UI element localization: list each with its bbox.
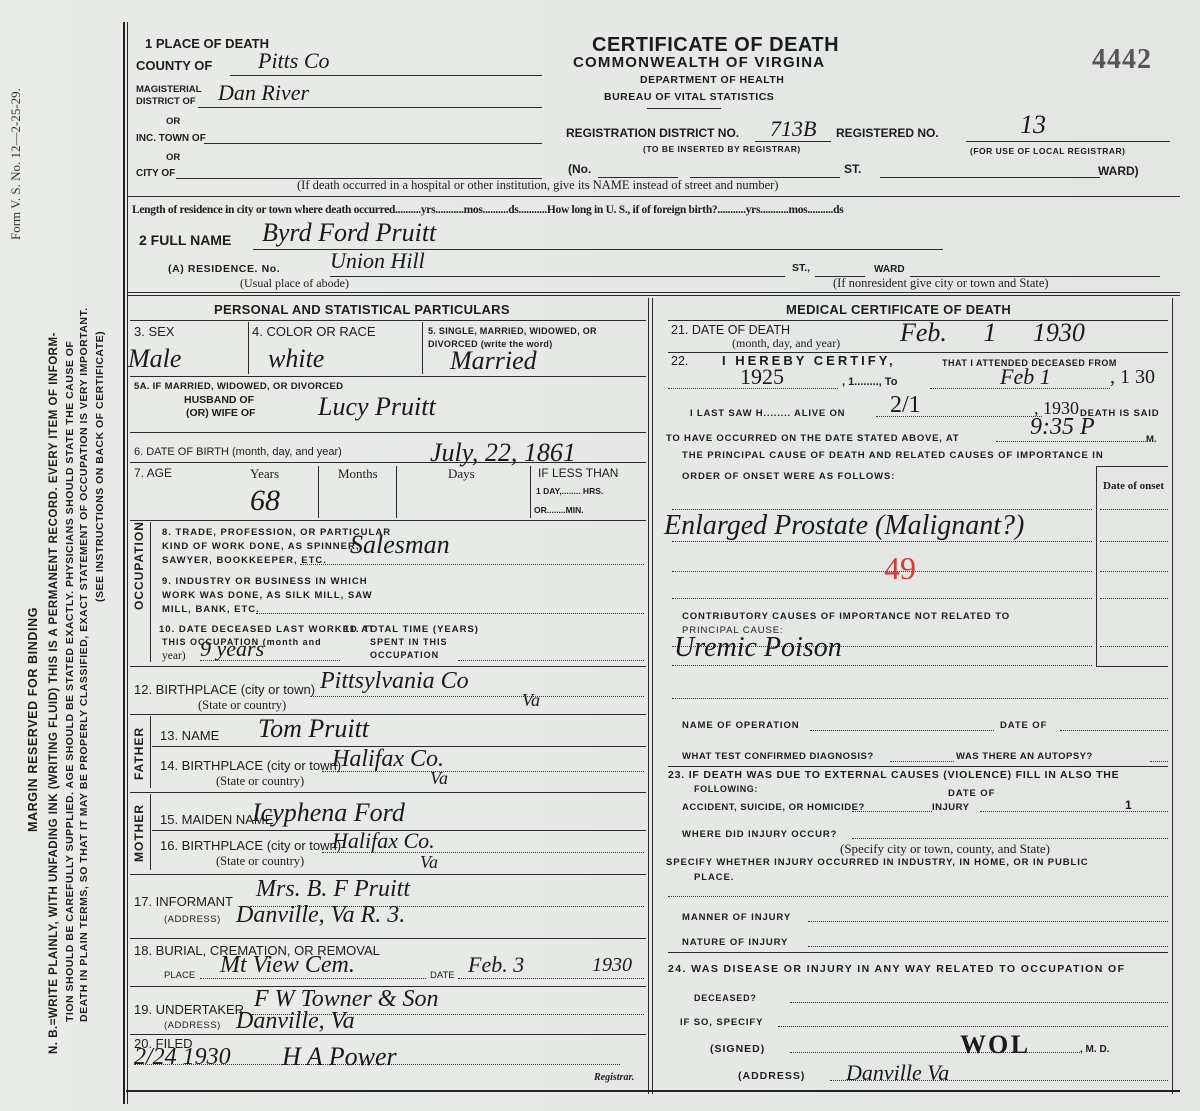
nonresident-note: (If nonresident give city or town and St… — [833, 276, 1049, 291]
informant-address-label: (ADDRESS) — [164, 914, 221, 925]
hospital-note: (If death occurred in a hospital or othe… — [297, 178, 778, 193]
onset-line — [1100, 571, 1168, 572]
registered-label: REGISTERED NO. — [836, 126, 939, 140]
contributory-label-1: CONTRIBUTORY CAUSES OF IMPORTANCE NOT RE… — [682, 611, 1010, 622]
operation-line — [810, 730, 994, 731]
burial-date-value[interactable]: Feb. 3 — [468, 952, 524, 978]
rule — [130, 714, 646, 715]
father-birthplace-state-label: (State or country) — [216, 774, 304, 789]
birthplace-value[interactable]: Pittsylvania Co — [320, 668, 469, 695]
last-worked-value[interactable]: 9 years — [200, 636, 264, 662]
burial-place-value[interactable]: Mt View Cem. — [220, 952, 355, 979]
or-label: OR — [166, 152, 180, 163]
burial-year-value[interactable]: 1930 — [592, 954, 632, 977]
dob-label: 6. DATE OF BIRTH (month, day, and year) — [134, 446, 342, 458]
trade-line — [300, 564, 644, 565]
less-than-label-3: OR........MIN. — [534, 505, 584, 515]
burial-place-label: PLACE — [164, 970, 195, 981]
rule — [668, 952, 1168, 953]
father-birthplace-label: 14. BIRTHPLACE (city or town) — [160, 758, 341, 773]
external-label-2: FOLLOWING: — [694, 784, 758, 794]
registered-value[interactable]: 13 — [1020, 110, 1046, 140]
where-injury-note: (Specify city or town, county, and State… — [840, 841, 1050, 857]
mother-name-value[interactable]: Icyphena Ford — [252, 798, 405, 828]
ward-label: WARD) — [1098, 164, 1139, 178]
specify-label-1: SPECIFY WHETHER INJURY OCCURRED IN INDUS… — [666, 857, 1089, 868]
residence-ward-label: WARD — [874, 264, 905, 275]
county-label: COUNTY OF — [136, 58, 212, 73]
cause-line — [672, 598, 1092, 599]
street-label: ST. — [844, 162, 861, 176]
column-divider — [648, 298, 649, 1094]
rule — [130, 320, 646, 321]
total-time-label-2: SPENT IN THIS — [370, 637, 448, 647]
date-of-onset-label: Date of onset — [1103, 480, 1164, 492]
age-years-label: Years — [250, 466, 279, 482]
physician-address[interactable]: Danville Va — [846, 1060, 949, 1086]
mother-birthplace-value[interactable]: Halifax Co. — [332, 828, 435, 854]
informant-label: 17. INFORMANT — [134, 894, 233, 909]
cell-divider — [530, 466, 531, 518]
certificate-paper: Form V. S. No. 12—2-25-29. MARGIN RESERV… — [0, 0, 1200, 1111]
mother-birthplace-label: 16. BIRTHPLACE (city or town) — [160, 838, 341, 853]
mother-label: MOTHER — [132, 804, 146, 862]
county-value[interactable]: Pitts Co — [258, 48, 330, 74]
dod-label: 21. DATE OF DEATH — [671, 323, 790, 337]
registrar-label: Registrar. — [594, 1072, 634, 1083]
onset-line — [1100, 598, 1168, 599]
header-rule — [647, 108, 721, 109]
margin-binding-note: MARGIN RESERVED FOR BINDING — [26, 607, 40, 832]
registered-note: (FOR USE OF LOCAL REGISTRAR) — [970, 146, 1126, 156]
rule — [130, 874, 646, 875]
city-label: CITY OF — [136, 168, 175, 179]
if-so-line — [778, 1026, 1168, 1027]
residence-line-2 — [650, 276, 785, 277]
last-worked-label-1: 10. DATE DECEASED LAST WORKED AT — [127, 624, 375, 635]
time-suffix: M. — [1146, 434, 1157, 445]
undertaker-address-label: (ADDRESS) — [164, 1020, 221, 1031]
form-border-left — [123, 22, 125, 1104]
informant-value[interactable]: Mrs. B. F Pruitt — [256, 876, 410, 903]
dob-value[interactable]: July, 22, 1861 — [430, 438, 576, 468]
accident-label: ACCIDENT, SUICIDE, OR HOMICIDE? — [682, 802, 865, 813]
reg-district-label: REGISTRATION DISTRICT NO. — [566, 126, 739, 140]
certificate-subtitle: COMMONWEALTH OF VIRGINA — [573, 54, 825, 71]
burial-date-label: DATE — [430, 970, 455, 981]
cell-divider — [396, 466, 397, 518]
rule — [130, 376, 646, 377]
sex-value[interactable]: Male — [128, 344, 181, 374]
where-injury-label: WHERE DID INJURY OCCUR? — [682, 829, 837, 840]
race-value[interactable]: white — [268, 344, 324, 374]
signed-line — [790, 1052, 1080, 1053]
district-value[interactable]: Dan River — [218, 80, 309, 106]
operation-date-line — [1060, 730, 1168, 731]
father-label: FATHER — [132, 727, 146, 780]
cause-code: 49 — [884, 550, 916, 587]
rule — [130, 462, 646, 463]
place-of-death-label: 1 PLACE OF DEATH — [145, 36, 269, 51]
address-label: (ADDRESS) — [738, 1070, 805, 1082]
mother-birthplace-state-label: (State or country) — [216, 854, 304, 869]
spouse-value[interactable]: Lucy Pruitt — [318, 392, 436, 422]
last-saw-label: I LAST SAW H........ ALIVE ON — [690, 408, 845, 419]
occupation-label: OCCUPATION — [132, 521, 146, 610]
test-label: WHAT TEST CONFIRMED DIAGNOSIS? — [682, 751, 874, 762]
cell-divider — [248, 322, 249, 374]
rule — [130, 666, 646, 667]
mother-divider — [150, 794, 151, 870]
age-months-label: Months — [338, 466, 378, 482]
or-label: OR — [166, 116, 180, 127]
stamp-number: 4442 — [1092, 44, 1152, 76]
marital-value[interactable]: Married — [450, 346, 537, 376]
age-years-value[interactable]: 68 — [250, 484, 280, 518]
full-name-label: 2 FULL NAME — [139, 232, 231, 248]
medical-section-title: MEDICAL CERTIFICATE OF DEATH — [786, 302, 1011, 317]
bureau: BUREAU OF VITAL STATISTICS — [604, 91, 774, 103]
less-than-label-2: 1 DAY,........ HRS. — [536, 486, 603, 496]
cell-divider — [422, 322, 423, 374]
onset-divider — [1096, 466, 1097, 666]
ward-line — [880, 177, 1100, 178]
injury-line — [980, 811, 1168, 812]
rule — [130, 432, 646, 433]
inc-town-line — [204, 143, 542, 144]
cell-divider — [318, 466, 319, 518]
onset-top-rule — [1096, 466, 1168, 467]
occurred-label: TO HAVE OCCURRED ON THE DATE STATED ABOV… — [666, 433, 959, 444]
rule — [128, 196, 1180, 197]
form-border-right — [1172, 298, 1173, 1094]
occupation-related-label-1: 24. WAS DISEASE OR INJURY IN ANY WAY REL… — [668, 963, 1125, 975]
spouse-label-1: 5A. IF MARRIED, WIDOWED, OR DIVORCED — [134, 381, 343, 392]
father-name-label: 13. NAME — [160, 728, 219, 743]
reg-district-value[interactable]: 713B — [770, 116, 816, 142]
residence-length-line: Length of residence in city or town wher… — [132, 204, 843, 216]
mother-birthplace-state-value[interactable]: Va — [420, 852, 438, 873]
signed-label: (SIGNED) — [710, 1043, 765, 1055]
undertaker-label: 19. UNDERTAKER — [134, 1002, 244, 1017]
last-worked-label-3: year) — [150, 650, 186, 662]
cause-value[interactable]: Enlarged Prostate (Malignant?) — [664, 510, 1024, 542]
date-of-label: DATE OF — [948, 788, 995, 799]
occupation-related-line — [790, 1002, 1168, 1003]
form-border-left-inner — [127, 22, 128, 1104]
district-line — [198, 107, 542, 108]
nature-line — [808, 946, 1168, 947]
margin-instructions-2: TION SHOULD BE CAREFULLY SUPPLIED. AGE S… — [64, 341, 76, 1022]
if-so-label: IF SO, SPECIFY — [680, 1017, 763, 1028]
cause-line — [672, 571, 1092, 572]
operation-label: NAME OF OPERATION — [682, 720, 800, 731]
race-label: 4. COLOR OR RACE — [252, 324, 376, 339]
contributory-value[interactable]: Uremic Poison — [674, 632, 842, 664]
test-line — [890, 761, 954, 762]
column-divider-inner — [652, 298, 653, 1094]
county-line — [230, 75, 542, 76]
filed-date-value[interactable]: 2/24 1930 — [134, 1044, 231, 1071]
spouse-label-3: (OR) WIFE OF — [186, 407, 255, 419]
full-name-value[interactable]: Byrd Ford Pruitt — [262, 218, 436, 248]
onset-bottom-rule — [1096, 666, 1168, 667]
last-saw-value[interactable]: 2/1 — [890, 392, 921, 419]
registered-line — [966, 141, 1170, 142]
injury-year: 1 — [1125, 798, 1132, 812]
attended-from-value[interactable]: 1925 — [740, 364, 784, 390]
birthplace-state-value[interactable]: Va — [522, 690, 540, 711]
operation-date-label: DATE OF — [1000, 720, 1047, 731]
time-value[interactable]: 9:35 P — [1030, 414, 1095, 441]
undertaker-address-value[interactable]: Danville, Va — [236, 1008, 355, 1035]
father-birthplace-state-value[interactable]: Va — [430, 768, 448, 789]
personal-section-title: PERSONAL AND STATISTICAL PARTICULARS — [214, 302, 510, 317]
margin-instructions-3: DEATH IN PLAIN TERMS, SO THAT IT MAY BE … — [78, 307, 90, 1022]
time-line — [996, 441, 1146, 442]
rule — [130, 792, 646, 793]
father-divider — [150, 716, 151, 788]
margin-instructions-4: (SEE INSTRUCTIONS ON BACK OF CERTIFICATE… — [94, 331, 106, 602]
onset-line — [1100, 509, 1168, 510]
form-border-bottom — [126, 1090, 1180, 1092]
nature-label: NATURE OF INJURY — [682, 937, 788, 948]
magisterial-label: MAGISTERIAL — [136, 84, 201, 95]
occupation-related-label-2: DECEASED? — [694, 993, 757, 1003]
md-label: , M. D. — [1080, 1044, 1109, 1055]
burial-date-line — [458, 978, 644, 979]
birthplace-line — [310, 696, 644, 697]
attended-separator: , 1........, To — [842, 376, 897, 388]
industry-label-2: WORK WAS DONE, AS SILK MILL, SAW — [150, 590, 373, 601]
filed-registrar-value[interactable]: H A Power — [282, 1042, 397, 1072]
form-number: Form V. S. No. 12—2-25-29. — [8, 88, 24, 240]
principal-label-1: THE PRINCIPAL CAUSE OF DEATH AND RELATED… — [682, 450, 1104, 461]
department: DEPARTMENT OF HEALTH — [640, 74, 784, 86]
residence-st-label: ST., — [792, 262, 810, 274]
dod-value[interactable]: Feb. 1 1930 — [900, 318, 1085, 348]
reg-district-note: (TO BE INSERTED BY REGISTRAR) — [643, 144, 801, 154]
age-days-label: Days — [448, 466, 475, 482]
industry-line — [256, 613, 644, 614]
total-time-label-1: 11. TOTAL TIME (YEARS) — [344, 624, 479, 635]
rule — [130, 1034, 646, 1035]
informant-address-value[interactable]: Danville, Va R. 3. — [236, 902, 405, 929]
rule — [130, 938, 646, 939]
attended-to-value[interactable]: Feb 1 — [1000, 364, 1051, 390]
rule — [668, 766, 1168, 767]
manner-line — [808, 921, 1168, 922]
sex-label: 3. SEX — [134, 324, 174, 339]
less-than-label-1: IF LESS THAN — [538, 466, 618, 480]
age-label: 7. AGE — [134, 466, 172, 480]
rule — [130, 520, 646, 521]
onset-line — [1100, 541, 1168, 542]
manner-label: MANNER OF INJURY — [682, 912, 791, 923]
accident-line — [852, 811, 932, 812]
trade-value[interactable]: Salesman — [350, 530, 450, 560]
section-divider — [128, 292, 1180, 296]
total-time-label-3: OCCUPATION — [370, 650, 439, 660]
father-birthplace-value[interactable]: Halifax Co. — [332, 746, 444, 773]
street-no-label: (No. — [568, 162, 591, 176]
external-label-1: 23. IF DEATH WAS DUE TO EXTERNAL CAUSES … — [668, 769, 1119, 781]
attended-to-year[interactable]: , 1 30 — [1110, 366, 1155, 389]
where-injury-line — [852, 838, 1168, 839]
birthplace-label: 12. BIRTHPLACE (city or town) — [134, 682, 315, 697]
trade-label-2: KIND OF WORK DONE, AS SPINNER, — [150, 541, 360, 552]
injury-label: INJURY — [932, 802, 970, 813]
total-time-line — [458, 660, 644, 661]
birthplace-state-label: (State or country) — [198, 698, 286, 713]
onset-line — [1100, 646, 1168, 647]
industry-label-1: 9. INDUSTRY OR BUSINESS IN WHICH — [162, 576, 368, 587]
rule — [672, 698, 1168, 699]
district-label: DISTRICT OF — [136, 96, 196, 107]
industry-label-3: MILL, BANK, ETC. — [150, 604, 260, 615]
contributory-line — [672, 665, 1092, 666]
father-name-value[interactable]: Tom Pruitt — [258, 714, 369, 744]
autopsy-line — [1150, 761, 1168, 762]
principal-label-2: ORDER OF ONSET WERE AS FOLLOWS: — [682, 471, 895, 482]
physician-signature[interactable]: W O L — [960, 1030, 1026, 1060]
spouse-label-2: HUSBAND OF — [184, 394, 254, 406]
residence-value[interactable]: Union Hill — [330, 248, 425, 274]
margin-instructions-1: N. B.=WRITE PLAINLY, WITH UNFADING INK (… — [48, 332, 60, 1054]
inc-town-label: INC. TOWN OF — [136, 133, 206, 144]
residence-label: (A) RESIDENCE. No. — [168, 263, 280, 275]
residence-note: (Usual place of abode) — [240, 276, 349, 291]
autopsy-label: WAS THERE AN AUTOPSY? — [956, 751, 1093, 762]
specify-label-2: PLACE. — [694, 872, 734, 883]
dod-sub: (month, day, and year) — [732, 336, 840, 351]
certify-number: 22. — [671, 354, 688, 368]
specify-line — [668, 896, 1168, 897]
